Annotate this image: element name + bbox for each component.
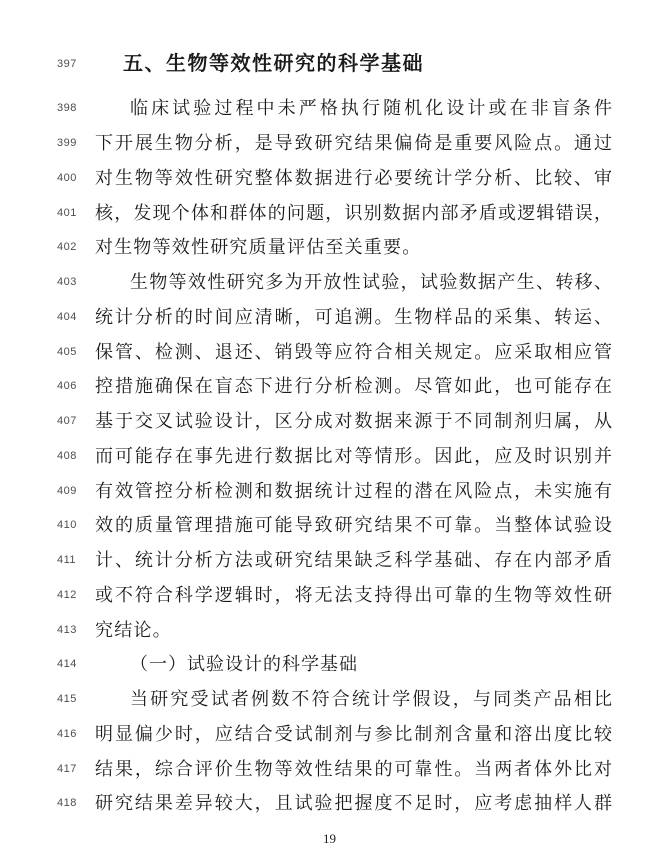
line-number: 410 bbox=[57, 519, 95, 531]
line-text: 基于交叉试验设计，区分成对数据来源于不同制剂归属，从 bbox=[95, 406, 612, 436]
line-text: 核，发现个体和群体的问题，识别数据内部矛盾或逻辑错误， bbox=[95, 198, 612, 228]
line-text: 而可能存在事先进行数据比对等情形。因此，应及时识别并 bbox=[95, 441, 612, 471]
line-text: 对生物等效性研究质量评估至关重要。 bbox=[95, 232, 612, 262]
line-row: 413 究结论。 bbox=[57, 612, 612, 647]
line-row: 399 下开展生物分析，是导致研究结果偏倚是重要风险点。通过 bbox=[57, 126, 612, 161]
subsection-heading: （一）试验设计的科学基础 bbox=[95, 649, 612, 679]
line-number: 404 bbox=[57, 311, 95, 323]
line-row: 414 （一）试验设计的科学基础 bbox=[57, 647, 612, 682]
line-row: 405 保管、检测、退还、销毁等应符合相关规定。应采取相应管 bbox=[57, 334, 612, 369]
line-row: 418 研究结果差异较大，且试验把握度不足时，应考虑抽样人群 bbox=[57, 786, 612, 821]
line-row: 409 有效管控分析检测和数据统计过程的潜在风险点，未实施有 bbox=[57, 473, 612, 508]
line-number: 403 bbox=[57, 276, 95, 288]
line-row: 397 五、生物等效性研究的科学基础 bbox=[57, 46, 612, 82]
line-text: 生物等效性研究多为开放性试验，试验数据产生、转移、 bbox=[95, 267, 612, 297]
line-row: 417 结果，综合评价生物等效性结果的可靠性。当两者体外比对 bbox=[57, 751, 612, 786]
line-text: 明显偏少时，应结合受试制剂与参比制剂含量和溶出度比较 bbox=[95, 719, 612, 749]
line-number: 409 bbox=[57, 485, 95, 497]
line-number: 415 bbox=[57, 693, 95, 705]
line-number: 417 bbox=[57, 763, 95, 775]
line-text: 有效管控分析检测和数据统计过程的潜在风险点，未实施有 bbox=[95, 476, 612, 506]
line-number: 411 bbox=[57, 554, 95, 566]
line-number: 408 bbox=[57, 450, 95, 462]
line-row: 412 或不符合科学逻辑时，将无法支持得出可靠的生物等效性研 bbox=[57, 578, 612, 613]
line-text: 效的质量管理措施可能导致研究结果不可靠。当整体试验设 bbox=[95, 510, 612, 540]
line-text: 控措施确保在盲态下进行分析检测。尽管如此，也可能存在 bbox=[95, 371, 612, 401]
line-text: 下开展生物分析，是导致研究结果偏倚是重要风险点。通过 bbox=[95, 128, 612, 158]
line-row: 411 计、统计分析方法或研究结果缺乏科学基础、存在内部矛盾 bbox=[57, 543, 612, 578]
line-row: 407 基于交叉试验设计，区分成对数据来源于不同制剂归属，从 bbox=[57, 404, 612, 439]
line-text: 计、统计分析方法或研究结果缺乏科学基础、存在内部矛盾 bbox=[95, 545, 612, 575]
line-text: 统计分析的时间应清晰，可追溯。生物样品的采集、转运、 bbox=[95, 302, 612, 332]
line-number: 405 bbox=[57, 346, 95, 358]
line-number: 414 bbox=[57, 658, 95, 670]
line-row: 410 效的质量管理措施可能导致研究结果不可靠。当整体试验设 bbox=[57, 508, 612, 543]
document-body: 397 五、生物等效性研究的科学基础 398 临床试验过程中未严格执行随机化设计… bbox=[57, 46, 612, 821]
line-row: 415 当研究受试者例数不符合统计学假设，与同类产品相比 bbox=[57, 682, 612, 717]
line-row: 406 控措施确保在盲态下进行分析检测。尽管如此，也可能存在 bbox=[57, 369, 612, 404]
line-row: 398 临床试验过程中未严格执行随机化设计或在非盲条件 bbox=[57, 91, 612, 126]
line-number: 418 bbox=[57, 797, 95, 809]
line-number: 407 bbox=[57, 415, 95, 427]
line-number: 406 bbox=[57, 380, 95, 392]
line-number: 398 bbox=[57, 102, 95, 114]
document-page: 397 五、生物等效性研究的科学基础 398 临床试验过程中未严格执行随机化设计… bbox=[0, 0, 659, 855]
line-text: 研究结果差异较大，且试验把握度不足时，应考虑抽样人群 bbox=[95, 788, 612, 818]
line-number: 402 bbox=[57, 241, 95, 253]
line-text: 结果，综合评价生物等效性结果的可靠性。当两者体外比对 bbox=[95, 754, 612, 784]
line-row: 400 对生物等效性研究整体数据进行必要统计学分析、比较、审 bbox=[57, 161, 612, 196]
line-text: 究结论。 bbox=[95, 615, 612, 645]
line-text: 对生物等效性研究整体数据进行必要统计学分析、比较、审 bbox=[95, 163, 612, 193]
line-number: 400 bbox=[57, 172, 95, 184]
line-row: 408 而可能存在事先进行数据比对等情形。因此，应及时识别并 bbox=[57, 439, 612, 474]
line-row: 402 对生物等效性研究质量评估至关重要。 bbox=[57, 230, 612, 265]
line-text: 临床试验过程中未严格执行随机化设计或在非盲条件 bbox=[95, 93, 612, 123]
line-row: 404 统计分析的时间应清晰，可追溯。生物样品的采集、转运、 bbox=[57, 300, 612, 335]
line-number: 401 bbox=[57, 207, 95, 219]
line-number: 413 bbox=[57, 624, 95, 636]
line-text: 当研究受试者例数不符合统计学假设，与同类产品相比 bbox=[95, 684, 612, 714]
line-row: 401 核，发现个体和群体的问题，识别数据内部矛盾或逻辑错误， bbox=[57, 195, 612, 230]
section-heading: 五、生物等效性研究的科学基础 bbox=[95, 49, 612, 79]
line-number: 412 bbox=[57, 589, 95, 601]
line-number: 397 bbox=[57, 58, 95, 70]
line-text: 或不符合科学逻辑时，将无法支持得出可靠的生物等效性研 bbox=[95, 580, 612, 610]
line-row: 403 生物等效性研究多为开放性试验，试验数据产生、转移、 bbox=[57, 265, 612, 300]
line-text: 保管、检测、退还、销毁等应符合相关规定。应采取相应管 bbox=[95, 337, 612, 367]
page-number: 19 bbox=[0, 831, 659, 847]
line-row: 416 明显偏少时，应结合受试制剂与参比制剂含量和溶出度比较 bbox=[57, 717, 612, 752]
line-number: 399 bbox=[57, 137, 95, 149]
line-number: 416 bbox=[57, 728, 95, 740]
